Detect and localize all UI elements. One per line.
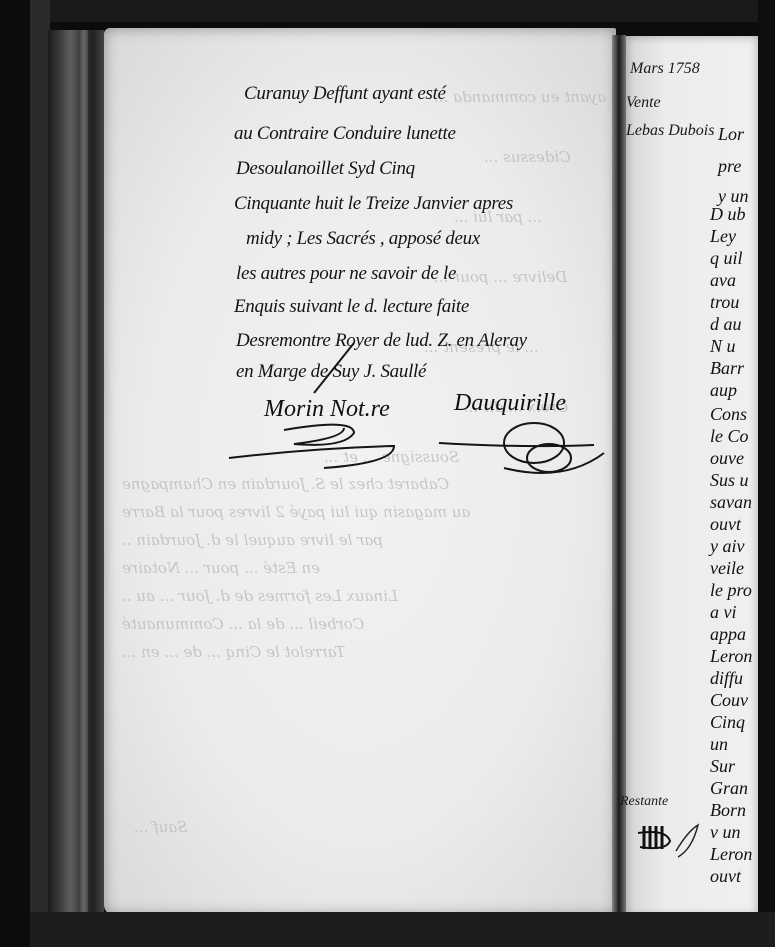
bleed-line: par le livre auquel le d. Jourdain ..: [122, 531, 383, 549]
text-fragment: trou: [710, 292, 739, 313]
text-fragment: un: [710, 734, 728, 755]
text-fragment: Lor: [718, 124, 744, 145]
text-fragment: Sus u: [710, 470, 749, 491]
text-fragment: y aiv: [710, 536, 744, 557]
text-fragment: Couv: [710, 690, 748, 711]
text-fragment: ouvt: [710, 866, 741, 887]
bleed-line: Corbeil ... de la ... Communauté: [122, 615, 364, 633]
text-line: au Contraire Conduire lunette: [234, 123, 456, 145]
scan-frame-right: [758, 0, 775, 947]
signature-flourish-icon: [224, 408, 404, 478]
text-fragment: d au: [710, 314, 742, 335]
text-fragment: ouvt: [710, 514, 741, 535]
text-fragment: savan: [710, 492, 752, 513]
left-manuscript-page: ayant eu commanda ... Cidessus ... ... p…: [104, 28, 616, 915]
text-fragment: Born: [710, 800, 746, 821]
text-line: Desoulanoillet Syd Cinq: [236, 158, 415, 180]
scan-frame-bottom: [30, 912, 775, 947]
text-line: midy ; Les Sacrés , apposé deux: [246, 228, 480, 250]
text-line: Cinquante huit le Treize Janvier apres: [234, 193, 513, 215]
margin-date: Mars 1758: [630, 60, 700, 78]
text-line: les autres pour ne savoir de le: [236, 263, 456, 285]
scan-frame-left: [30, 0, 50, 947]
text-fragment: diffu: [710, 668, 743, 689]
scan-frame-top: [30, 0, 775, 22]
text-fragment: le pro: [710, 580, 752, 601]
text-fragment: Leron: [710, 844, 752, 865]
text-fragment: Gran: [710, 778, 748, 799]
page-edge-stack: [80, 30, 88, 915]
text-line: Enquis suivant le d. lecture faite: [234, 296, 469, 318]
text-fragment: Barr: [710, 358, 744, 379]
mark-flourish-icon: [626, 821, 706, 871]
page-gutter: [612, 35, 626, 915]
book-spine: [48, 30, 104, 915]
text-fragment: q uil: [710, 248, 743, 269]
text-fragment: v un: [710, 822, 741, 843]
text-fragment: N u: [710, 336, 736, 357]
bleed-line: Sauf ...: [134, 818, 188, 836]
margin-note-vente: Vente: [626, 94, 661, 112]
text-fragment: Cons: [710, 404, 747, 425]
text-fragment: pre: [718, 156, 741, 177]
text-fragment: Sur: [710, 756, 735, 777]
text-fragment: aup: [710, 380, 737, 401]
margin-note-name: Lebas Dubois: [626, 122, 714, 140]
text-fragment: ouve: [710, 448, 744, 469]
bleed-line: au magasin qui lui payé 2 livres pour la…: [122, 503, 470, 521]
text-fragment: le Co: [710, 426, 749, 447]
signature-flourish-icon: [434, 413, 614, 493]
text-fragment: veile: [710, 558, 744, 579]
text-line: Curanuy Deffunt ayant esté: [244, 83, 446, 105]
text-fragment: D ub: [710, 204, 746, 225]
text-fragment: Leron: [710, 646, 752, 667]
bleed-line: Linaux Les formes de d. Jour ... au ..: [122, 587, 398, 605]
bleed-line: Tarrelot le Cinq ... de ... en ...: [122, 643, 345, 661]
pen-stroke-icon: [304, 338, 364, 398]
text-fragment: appa: [710, 624, 746, 645]
bleed-line: Cidessus ...: [484, 148, 571, 166]
text-line: Desremontre Royer de lud. Z. en Aleray: [236, 330, 527, 352]
margin-note-restante: Restante: [620, 794, 668, 810]
bleed-line: ayant eu commanda ...: [434, 88, 606, 106]
text-fragment: ava: [710, 270, 736, 291]
text-fragment: Cinq: [710, 712, 745, 733]
right-manuscript-page: Mars 1758 Vente Lebas Dubois Lor pre y u…: [626, 36, 758, 916]
text-fragment: a vi: [710, 602, 737, 623]
bleed-line: en Esté ... pour ... Notaire: [122, 559, 320, 577]
text-fragment: Ley: [710, 226, 736, 247]
